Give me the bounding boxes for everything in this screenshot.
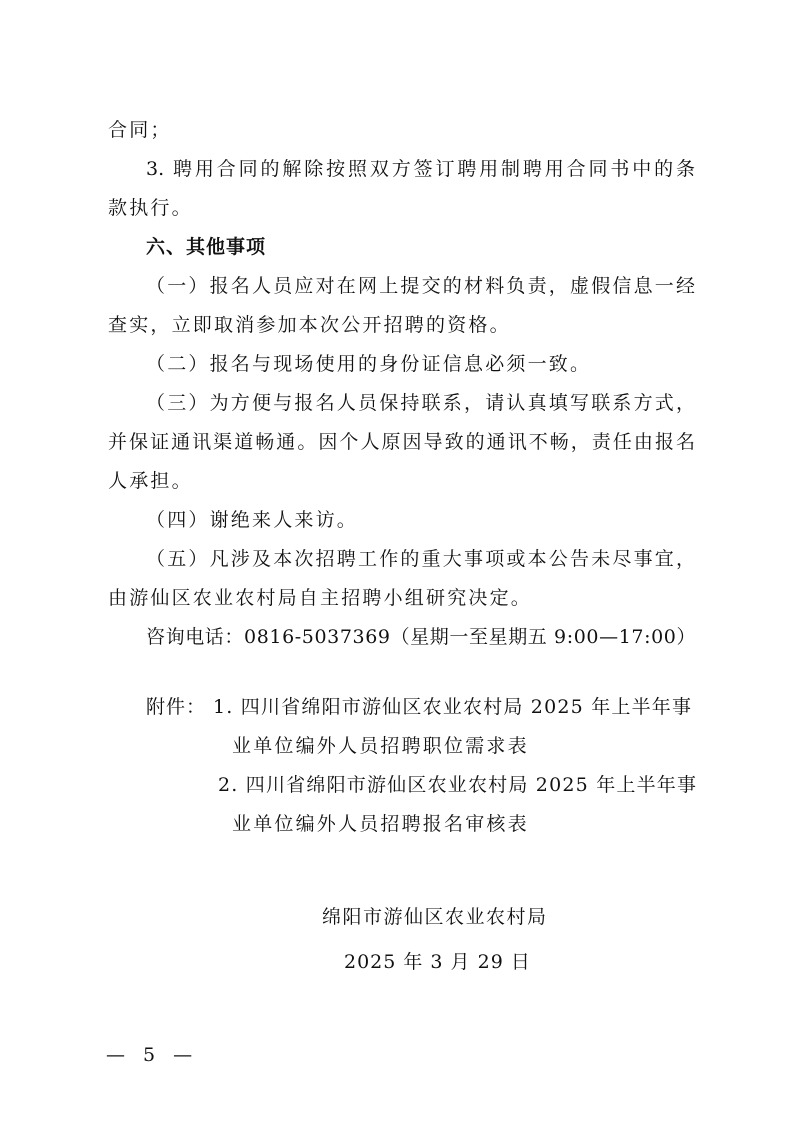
- attachment-item-2-cont: 业单位编外人员招聘报名审核表: [232, 812, 529, 836]
- text-line: 合同；: [108, 118, 172, 142]
- text-line: 人承担。: [108, 469, 193, 493]
- attachment-item-1: 1. 四川省绵阳市游仙区农业农村局 2025 年上半年事: [213, 695, 692, 719]
- text-line: 查实，立即取消参加本次公开招聘的资格。: [108, 313, 511, 337]
- text-line: 由游仙区农业农村局自主招聘小组研究决定。: [108, 586, 532, 610]
- text-line: （一）报名人员应对在网上提交的材料负责，虚假信息一经: [146, 274, 695, 298]
- signing-date: 2025 年 3 月 29 日: [344, 950, 531, 974]
- text-line: （二）报名与现场使用的身份证信息必须一致。: [146, 352, 591, 376]
- section-heading: 六、其他事项: [146, 235, 266, 259]
- page-number: — 5 —: [106, 1043, 198, 1067]
- contact-phone: 咨询电话：0816-5037369（星期一至星期五 9:00—17:00）: [146, 625, 696, 649]
- signing-organization: 绵阳市游仙区农业农村局: [322, 905, 548, 929]
- text-line: 款执行。: [108, 196, 193, 220]
- attachment-item-1-cont: 业单位编外人员招聘职位需求表: [232, 734, 529, 758]
- text-line: （五）凡涉及本次招聘工作的重大事项或本公告未尽事宜，: [146, 547, 695, 571]
- attachments-label: 附件：: [146, 695, 206, 719]
- text-line: 3. 聘用合同的解除按照双方签订聘用制聘用合同书中的条: [146, 157, 695, 181]
- text-line: （三）为方便与报名人员保持联系，请认真填写联系方式，: [146, 391, 695, 415]
- attachment-item-2: 2. 四川省绵阳市游仙区农业农村局 2025 年上半年事: [218, 773, 697, 797]
- text-line: （四）谢绝来人来访。: [146, 508, 358, 532]
- text-line: 并保证通讯渠道畅通。因个人原因导致的通讯不畅，责任由报名: [108, 430, 695, 454]
